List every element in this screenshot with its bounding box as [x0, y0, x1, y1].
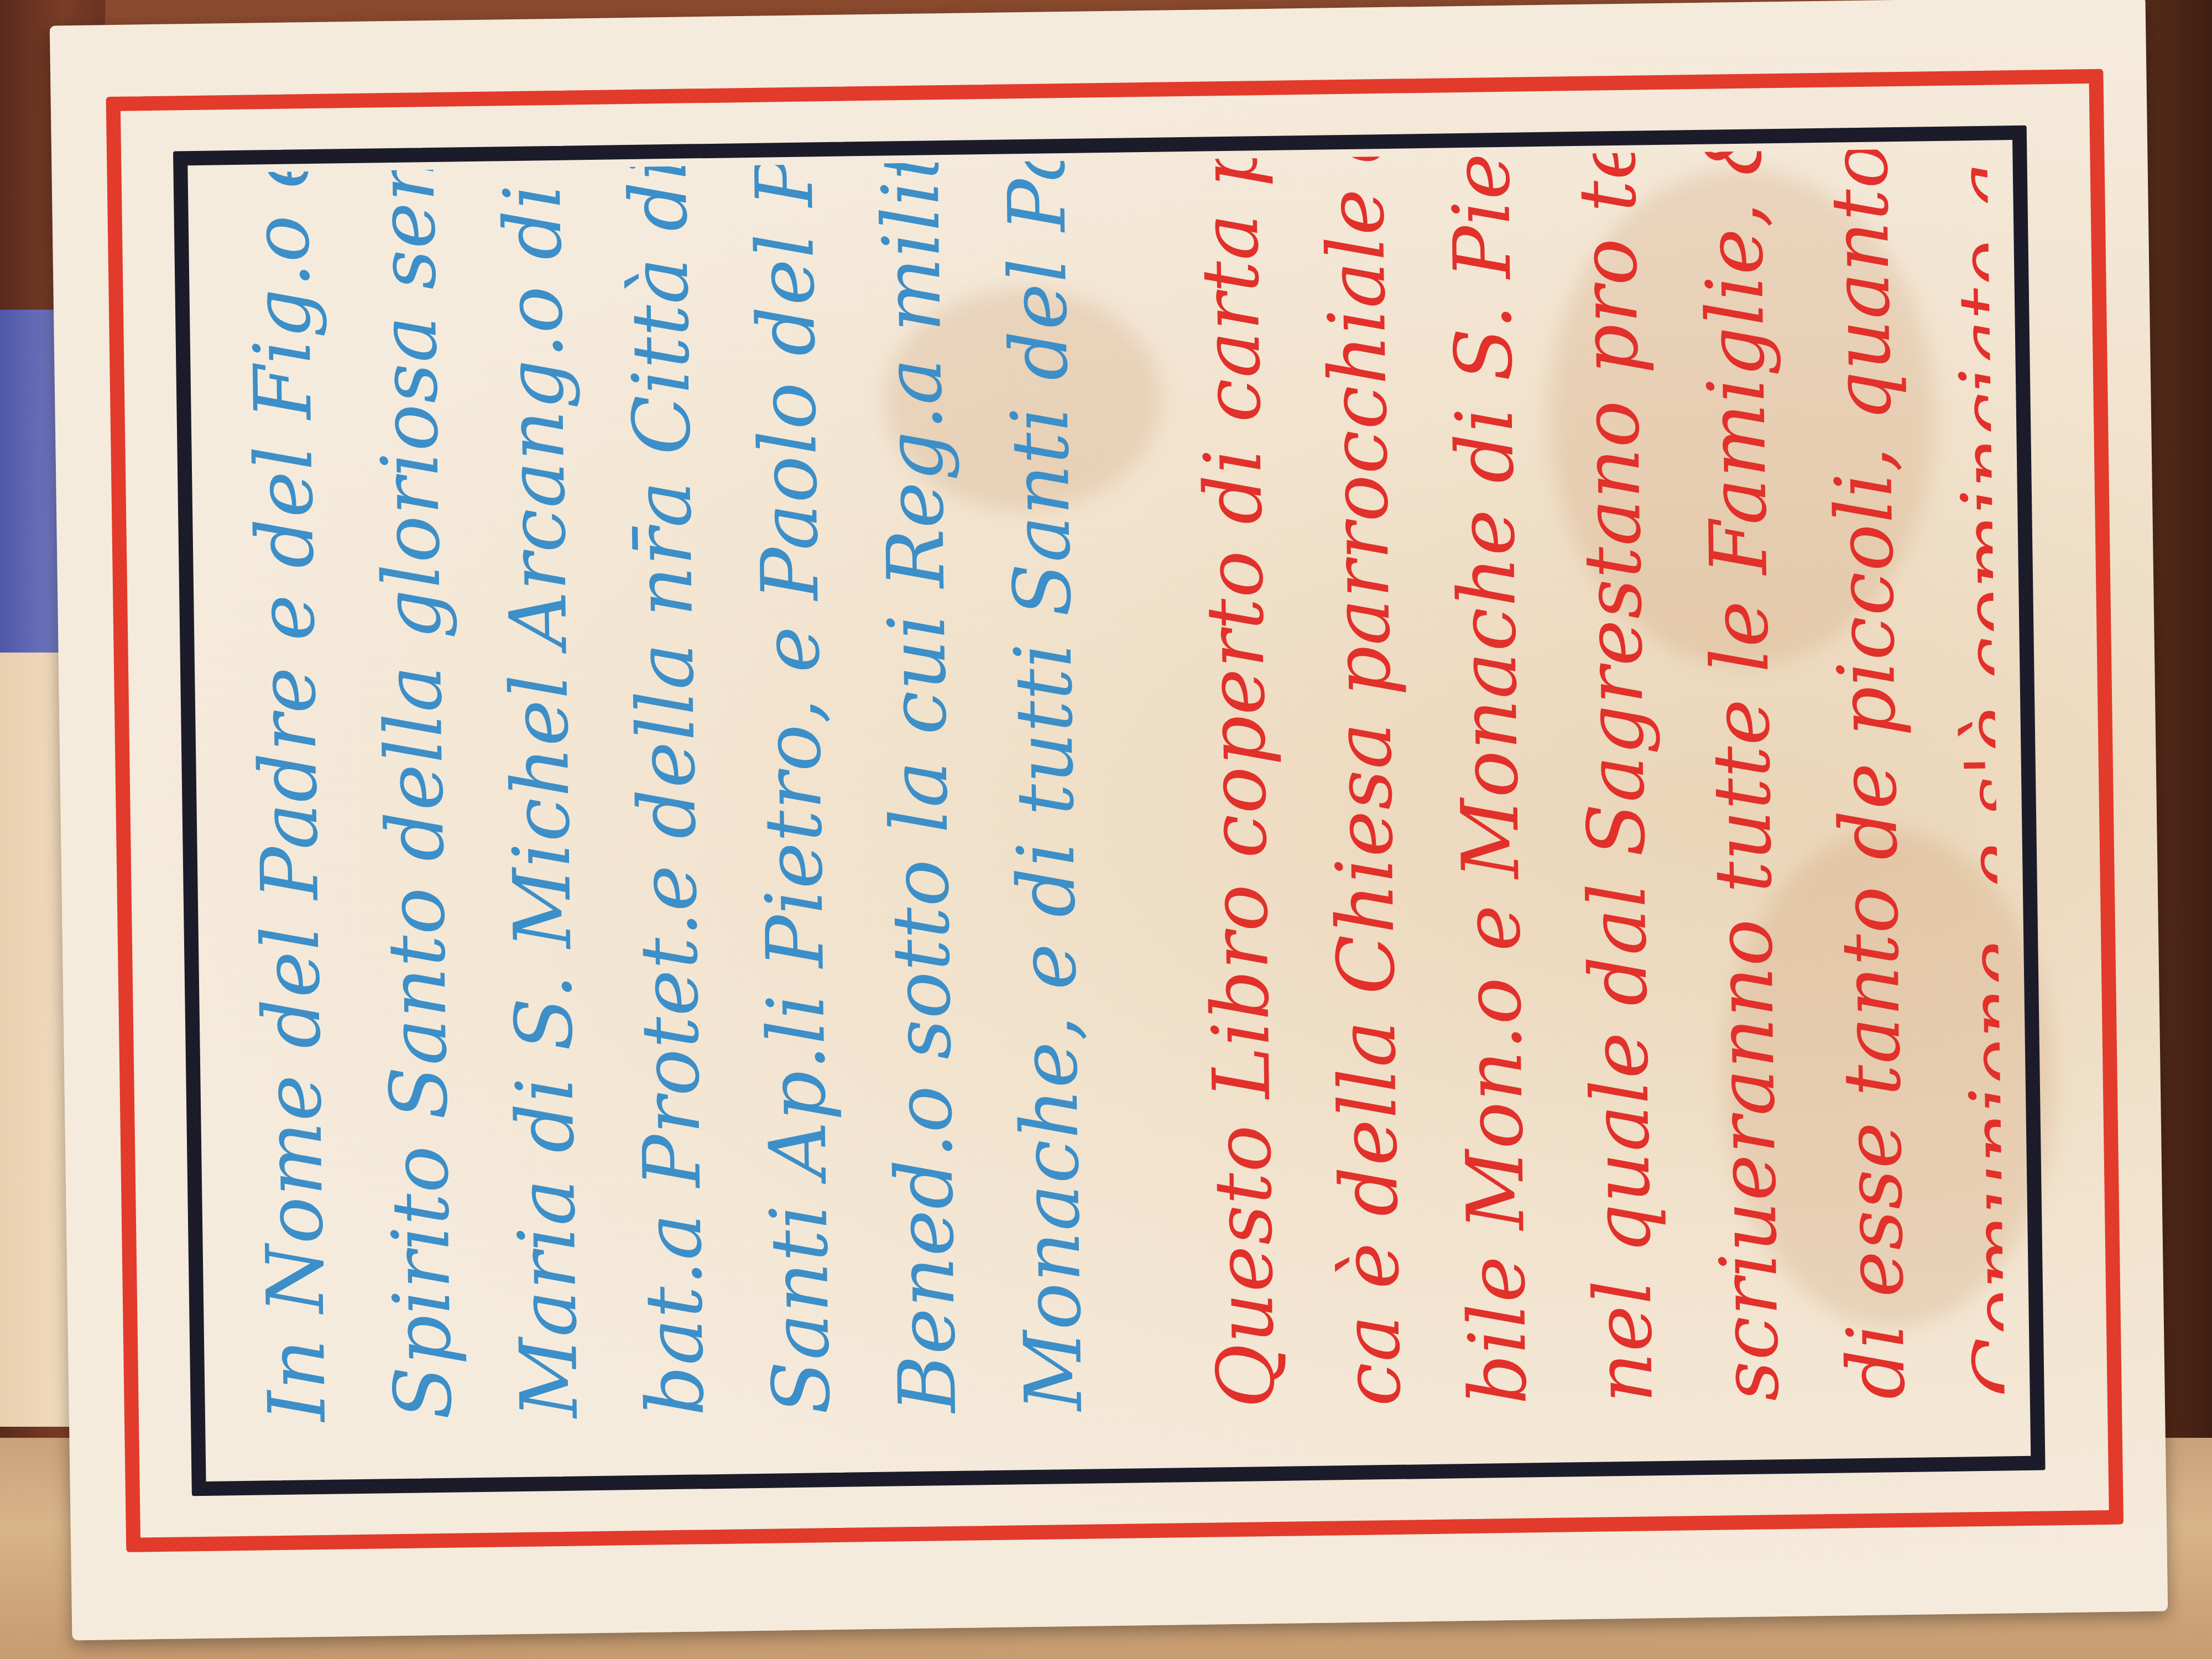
invocation-line: bat.a Protet.e della nr̄a Città di Firen… — [596, 205, 739, 1417]
invocation-line: Bened.o sotto la cui Reg.a militano le n… — [848, 201, 992, 1413]
invocation-line: Maria di S. Michel Arcang.o di S. Giouan… — [470, 206, 613, 1419]
rotated-text-block: In Nome del Padre e del Fig.o e dello Sp… — [196, 148, 2005, 1462]
invocation-line: Monache, e di tutti Santi del Parad.o Am — [974, 199, 1118, 1412]
record-line: di esse tanto de piccoli, quanto de gran… — [1797, 187, 1940, 1400]
invocation-line: In Nome del Padre e del Fig.o e dello — [218, 210, 362, 1422]
text-area: In Nome del Padre e del Fig.o e dello Sp… — [196, 148, 2005, 1462]
invocation-line: Santi Ap.li Pietro, e Paolo del Patriarc… — [722, 202, 865, 1415]
invocation-line: Spirito Santo della gloriosa sempre Verg… — [344, 208, 487, 1421]
manuscript-page: In Nome del Padre e del Fig.o e dello Sp… — [50, 0, 2168, 1640]
record-line: Questo Libro coperto di carta pecora bia… — [1167, 196, 1310, 1409]
record-line: nel quale dal Sagrestano pro tempore si … — [1545, 191, 1688, 1404]
record-line: scriueranno tutte le Famiglie, & Anime — [1671, 190, 1814, 1402]
record-line: bile Mon.o e Monache di S. Piero Maggior… — [1419, 193, 1562, 1406]
record-line: ca è della Chiesa parrocchiale del Vener… — [1293, 195, 1436, 1407]
